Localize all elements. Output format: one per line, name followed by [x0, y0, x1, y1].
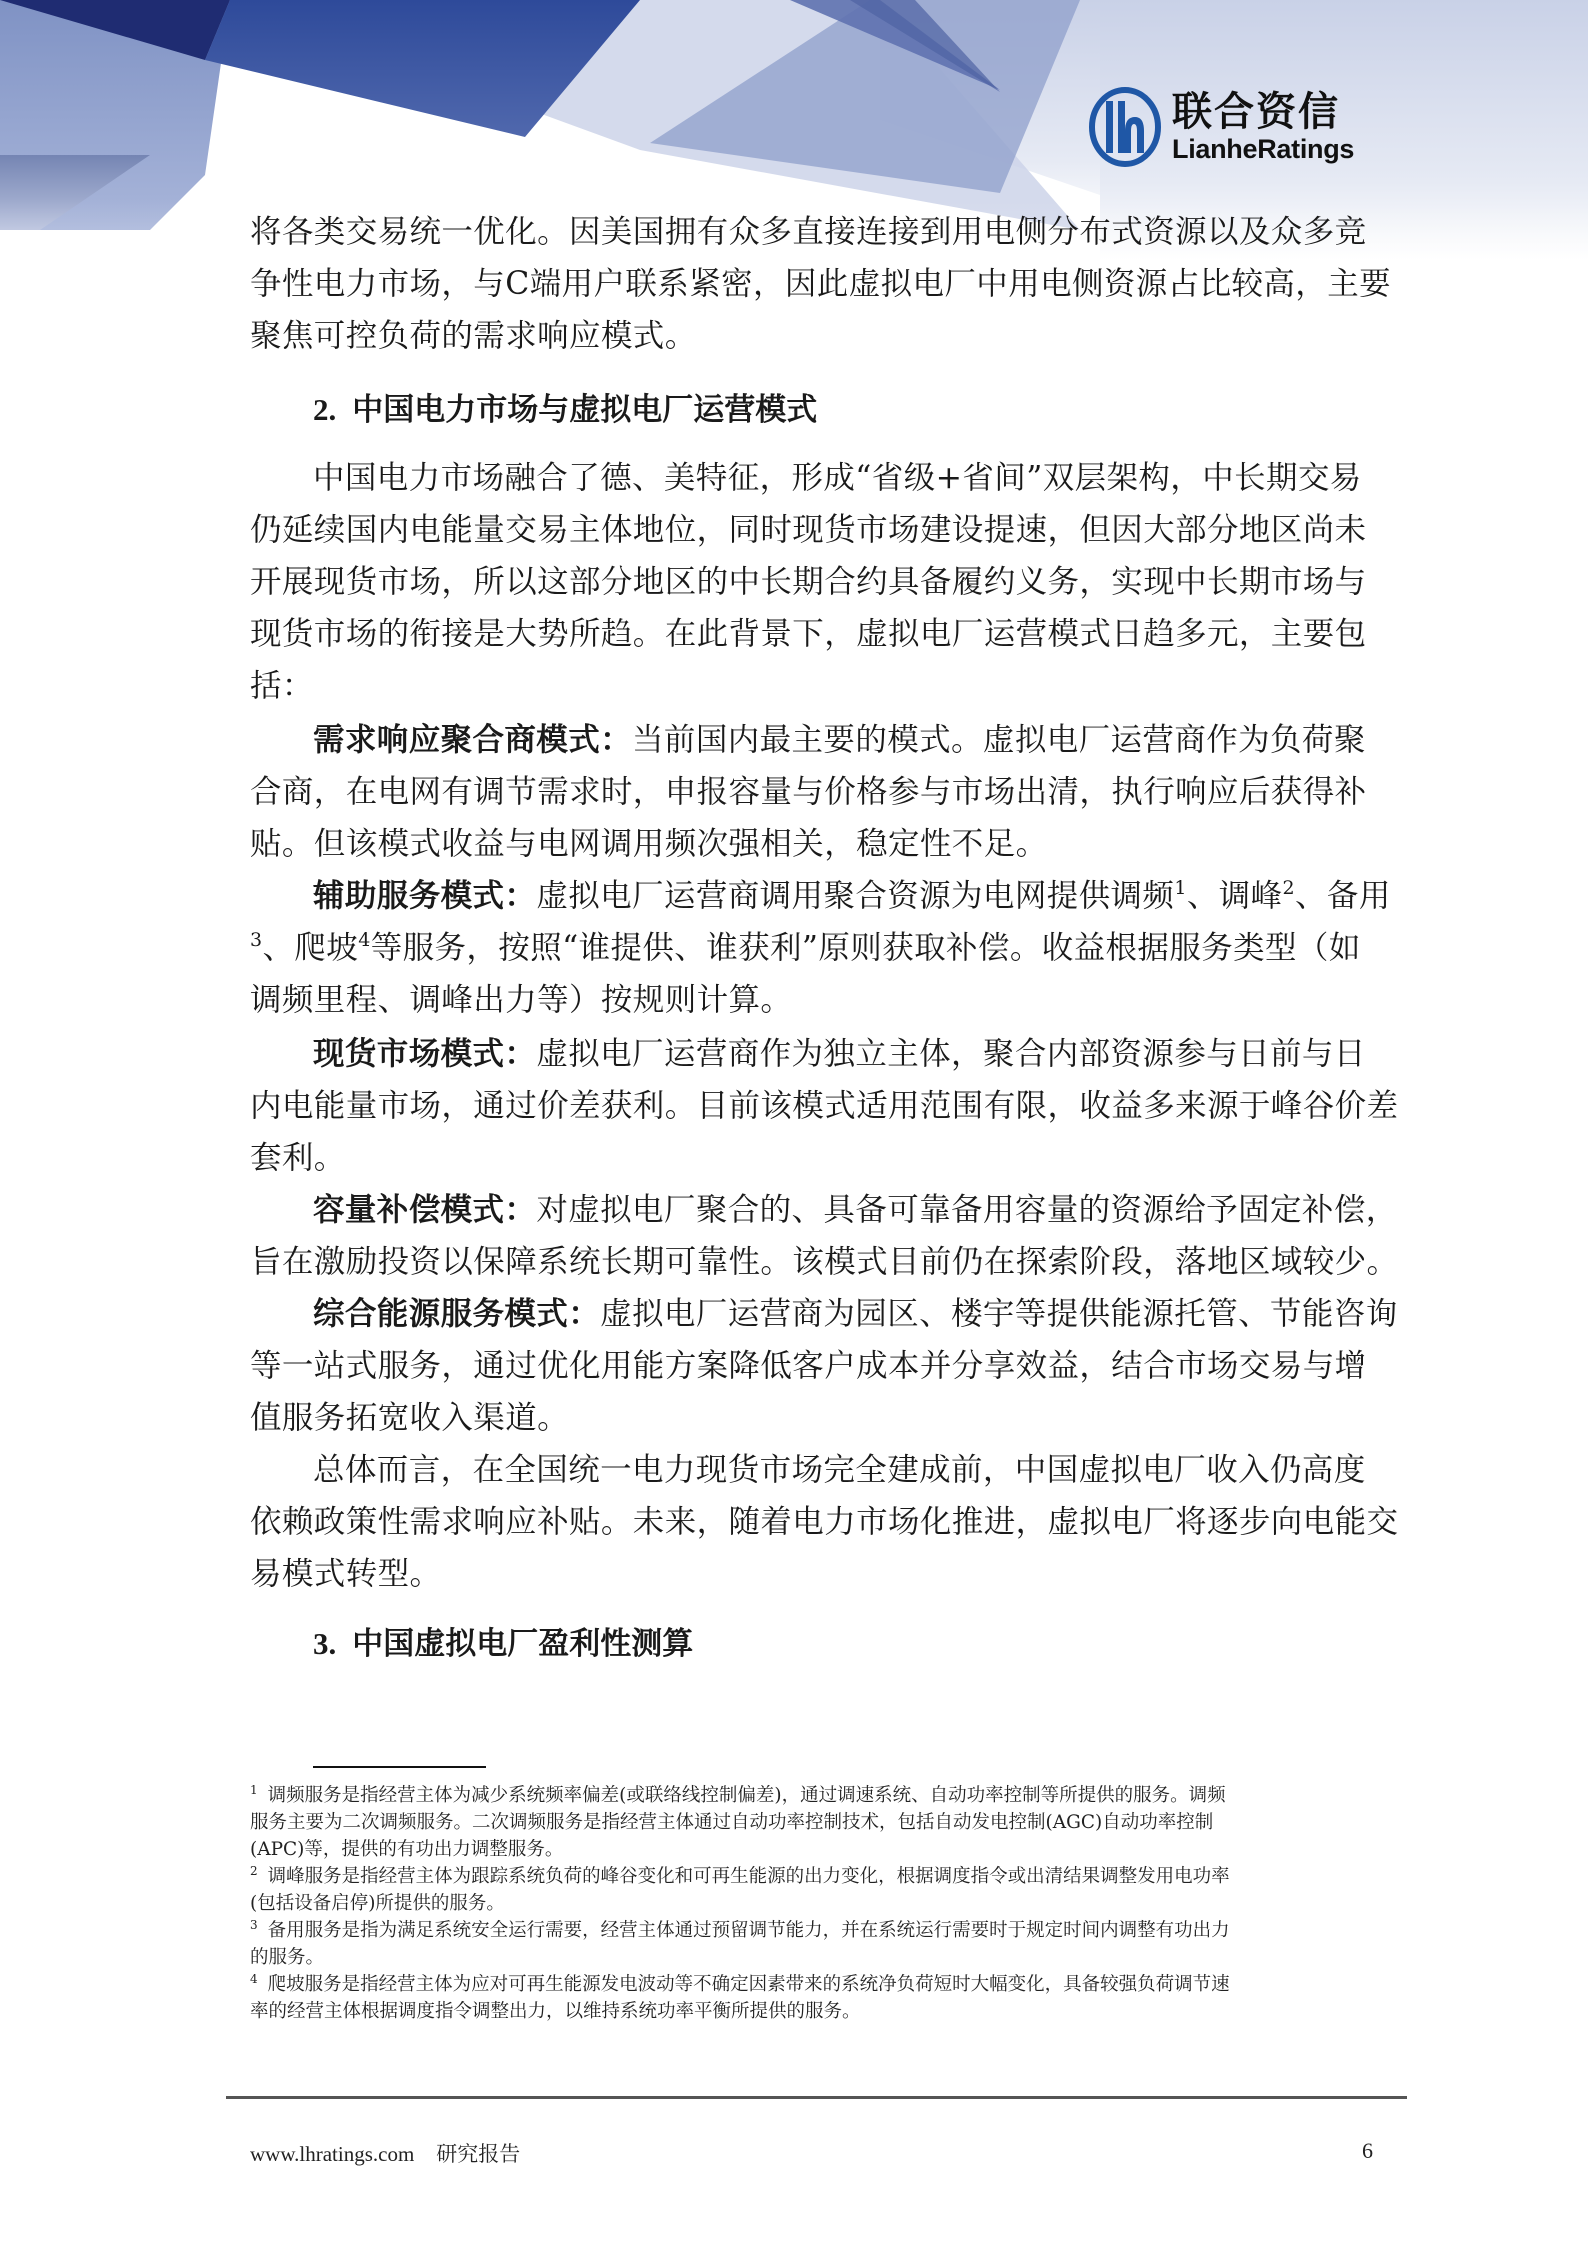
footnote-text: 备用服务是指为满足系统安全运行需要，经营主体通过预留调节能力，并在系统运行需要时…	[268, 1920, 1230, 1941]
mode-text: 虚拟电厂运营商调用聚合资源为电网提供调频	[536, 878, 1174, 914]
mode-ancillary: 辅助服务模式：虚拟电厂运营商调用聚合资源为电网提供调频1、调峰2、备用	[250, 876, 1443, 916]
mode-demand-response: 需求响应聚合商模式：当前国内最主要的模式。虚拟电厂运营商作为负荷聚	[250, 720, 1443, 760]
mode-text: 、调峰	[1187, 878, 1283, 914]
footnote-text-line: 服务主要为二次调频服务。二次调频服务是指经营主体通过自动功率控制技术，包括自动发…	[250, 1811, 1380, 1835]
body-text-line: 值服务拓宽收入渠道。	[250, 1398, 1380, 1438]
footnote-4: 4爬坡服务是指经营主体为应对可再生能源发电波动等不确定因素带来的系统净负荷短时大…	[250, 1973, 1380, 1997]
footer-doc-type: 研究报告	[436, 2142, 520, 2166]
footnote-text-line: 的服务。	[250, 1946, 1380, 1970]
body-text-line: 括：	[250, 666, 1380, 706]
mode-text: 、爬坡	[263, 930, 359, 966]
mode-label: 现货市场模式：	[313, 1036, 536, 1072]
body-text-line: 旨在激励投资以保障系统长期可靠性。该模式目前仍在探索阶段，落地区域较少。	[250, 1242, 1380, 1282]
footnote-text: 爬坡服务是指经营主体为应对可再生能源发电波动等不确定因素带来的系统净负荷短时大幅…	[268, 1974, 1230, 1995]
footnote-text-line: (APC)等，提供的有功出力调整服务。	[250, 1838, 1380, 1862]
body-text-line: 聚焦可控负荷的需求响应模式。	[250, 316, 1380, 356]
mode-text: 虚拟电厂运营商为园区、楼宇等提供能源托管、节能咨询	[600, 1296, 1398, 1332]
mode-label: 需求响应聚合商模式：	[313, 722, 632, 758]
mode-text: 当前国内最主要的模式。虚拟电厂运营商作为负荷聚	[632, 722, 1366, 758]
footnote-1: 1调频服务是指经营主体为减少系统频率偏差(或联络线控制偏差)，通过调速系统、自动…	[250, 1784, 1380, 1808]
body-text-line: 调频里程、调峰出力等）按规则计算。	[250, 980, 1380, 1020]
footnote-mark: 1	[250, 1783, 258, 1797]
footnote-separator	[313, 1766, 486, 1768]
section-heading-3: 3.中国虚拟电厂盈利性测算	[313, 1624, 693, 1664]
mode-text: 、备用	[1295, 878, 1391, 914]
footnote-mark: 4	[250, 1972, 258, 1986]
page-number: 6	[1362, 2138, 1373, 2164]
footnote-ref-2[interactable]: 2	[1283, 877, 1296, 899]
body-text-line: 套利。	[250, 1138, 1380, 1178]
logo-english-name: LianheRatings	[1172, 134, 1354, 164]
footnote-ref-1[interactable]: 1	[1174, 877, 1187, 899]
footnote-mark: 2	[250, 1864, 258, 1878]
mode-text: 对虚拟电厂聚合的、具备可靠备用容量的资源给予固定补偿，	[536, 1192, 1397, 1228]
footnote-text: 调频服务是指经营主体为减少系统频率偏差(或联络线控制偏差)，通过调速系统、自动功…	[268, 1785, 1226, 1806]
mode-label: 容量补偿模式：	[313, 1192, 536, 1228]
footnote-text-line: 率的经营主体根据调度指令调整出力，以维持系统功率平衡所提供的服务。	[250, 2000, 1380, 2024]
section-number: 3.	[313, 1626, 336, 1661]
body-text-line: 依赖政策性需求响应补贴。未来，随着电力市场化推进，虚拟电厂将逐步向电能交	[250, 1502, 1380, 1542]
lh-logo-icon	[1088, 87, 1162, 167]
footnote-2: 2调峰服务是指经营主体为跟踪系统负荷的峰谷变化和可再生能源的出力变化，根据调度指…	[250, 1865, 1380, 1889]
mode-label: 综合能源服务模式：	[313, 1296, 600, 1332]
footnote-text: 调峰服务是指经营主体为跟踪系统负荷的峰谷变化和可再生能源的出力变化，根据调度指令…	[268, 1866, 1230, 1887]
body-text-line: 将各类交易统一优化。因美国拥有众多直接连接到用电侧分布式资源以及众多竞	[250, 212, 1380, 252]
body-text-line: 争性电力市场，与C端用户联系紧密，因此虚拟电厂中用电侧资源占比较高，主要	[250, 264, 1380, 304]
logo-chinese-name: 联合资信	[1172, 90, 1354, 134]
section-title: 中国电力市场与虚拟电厂运营模式	[352, 392, 817, 428]
footer-divider	[226, 2096, 1407, 2099]
footer-info: www.lhratings.com研究报告	[250, 2138, 520, 2168]
mode-text: 虚拟电厂运营商作为独立主体，聚合内部资源参与日前与日	[536, 1036, 1365, 1072]
footnote-mark: 3	[250, 1918, 258, 1932]
mode-integrated-energy: 综合能源服务模式：虚拟电厂运营商为园区、楼宇等提供能源托管、节能咨询	[250, 1294, 1443, 1334]
body-text-line: 3、爬坡4等服务，按照“谁提供、谁获利”原则获取补偿。收益根据服务类型（如	[250, 928, 1380, 968]
mode-spot: 现货市场模式：虚拟电厂运营商作为独立主体，聚合内部资源参与日前与日	[250, 1034, 1443, 1074]
section-heading-2: 2.中国电力市场与虚拟电厂运营模式	[313, 390, 817, 430]
footnote-ref-3[interactable]: 3	[250, 929, 263, 951]
body-text-line: 易模式转型。	[250, 1554, 1380, 1594]
mode-capacity: 容量补偿模式：对虚拟电厂聚合的、具备可靠备用容量的资源给予固定补偿，	[250, 1190, 1443, 1230]
body-text-line: 等一站式服务，通过优化用能方案降低客户成本并分享效益，结合市场交易与增	[250, 1346, 1380, 1386]
body-text-line: 合商，在电网有调节需求时，申报容量与价格参与市场出清，执行响应后获得补	[250, 772, 1380, 812]
body-text-line: 内电能量市场，通过价差获利。目前该模式适用范围有限，收益多来源于峰谷价差	[250, 1086, 1380, 1126]
company-logo: 联合资信 LianheRatings	[1088, 82, 1388, 172]
body-text-line: 总体而言，在全国统一电力现货市场完全建成前，中国虚拟电厂收入仍高度	[250, 1450, 1443, 1490]
section-title: 中国虚拟电厂盈利性测算	[352, 1626, 693, 1662]
mode-label: 辅助服务模式：	[313, 878, 536, 914]
footnote-ref-4[interactable]: 4	[358, 929, 371, 951]
body-text-line: 仍延续国内电能量交易主体地位，同时现货市场建设提速，但因大部分地区尚未	[250, 510, 1380, 550]
body-text-line: 开展现货市场，所以这部分地区的中长期合约具备履约义务，实现中长期市场与	[250, 562, 1380, 602]
section-number: 2.	[313, 392, 336, 427]
body-text-line: 贴。但该模式收益与电网调用频次强相关，稳定性不足。	[250, 824, 1380, 864]
mode-text: 等服务，按照“谁提供、谁获利”原则获取补偿。收益根据服务类型（如	[371, 930, 1361, 966]
footer-website-link[interactable]: www.lhratings.com	[250, 2142, 414, 2166]
body-text-line: 现货市场的衔接是大势所趋。在此背景下，虚拟电厂运营模式日趋多元，主要包	[250, 614, 1380, 654]
footnote-3: 3备用服务是指为满足系统安全运行需要，经营主体通过预留调节能力，并在系统运行需要…	[250, 1919, 1380, 1943]
body-text-line: 中国电力市场融合了德、美特征，形成“省级+省间”双层架构，中长期交易	[250, 458, 1443, 498]
footnote-text-line: (包括设备启停)所提供的服务。	[250, 1892, 1380, 1916]
